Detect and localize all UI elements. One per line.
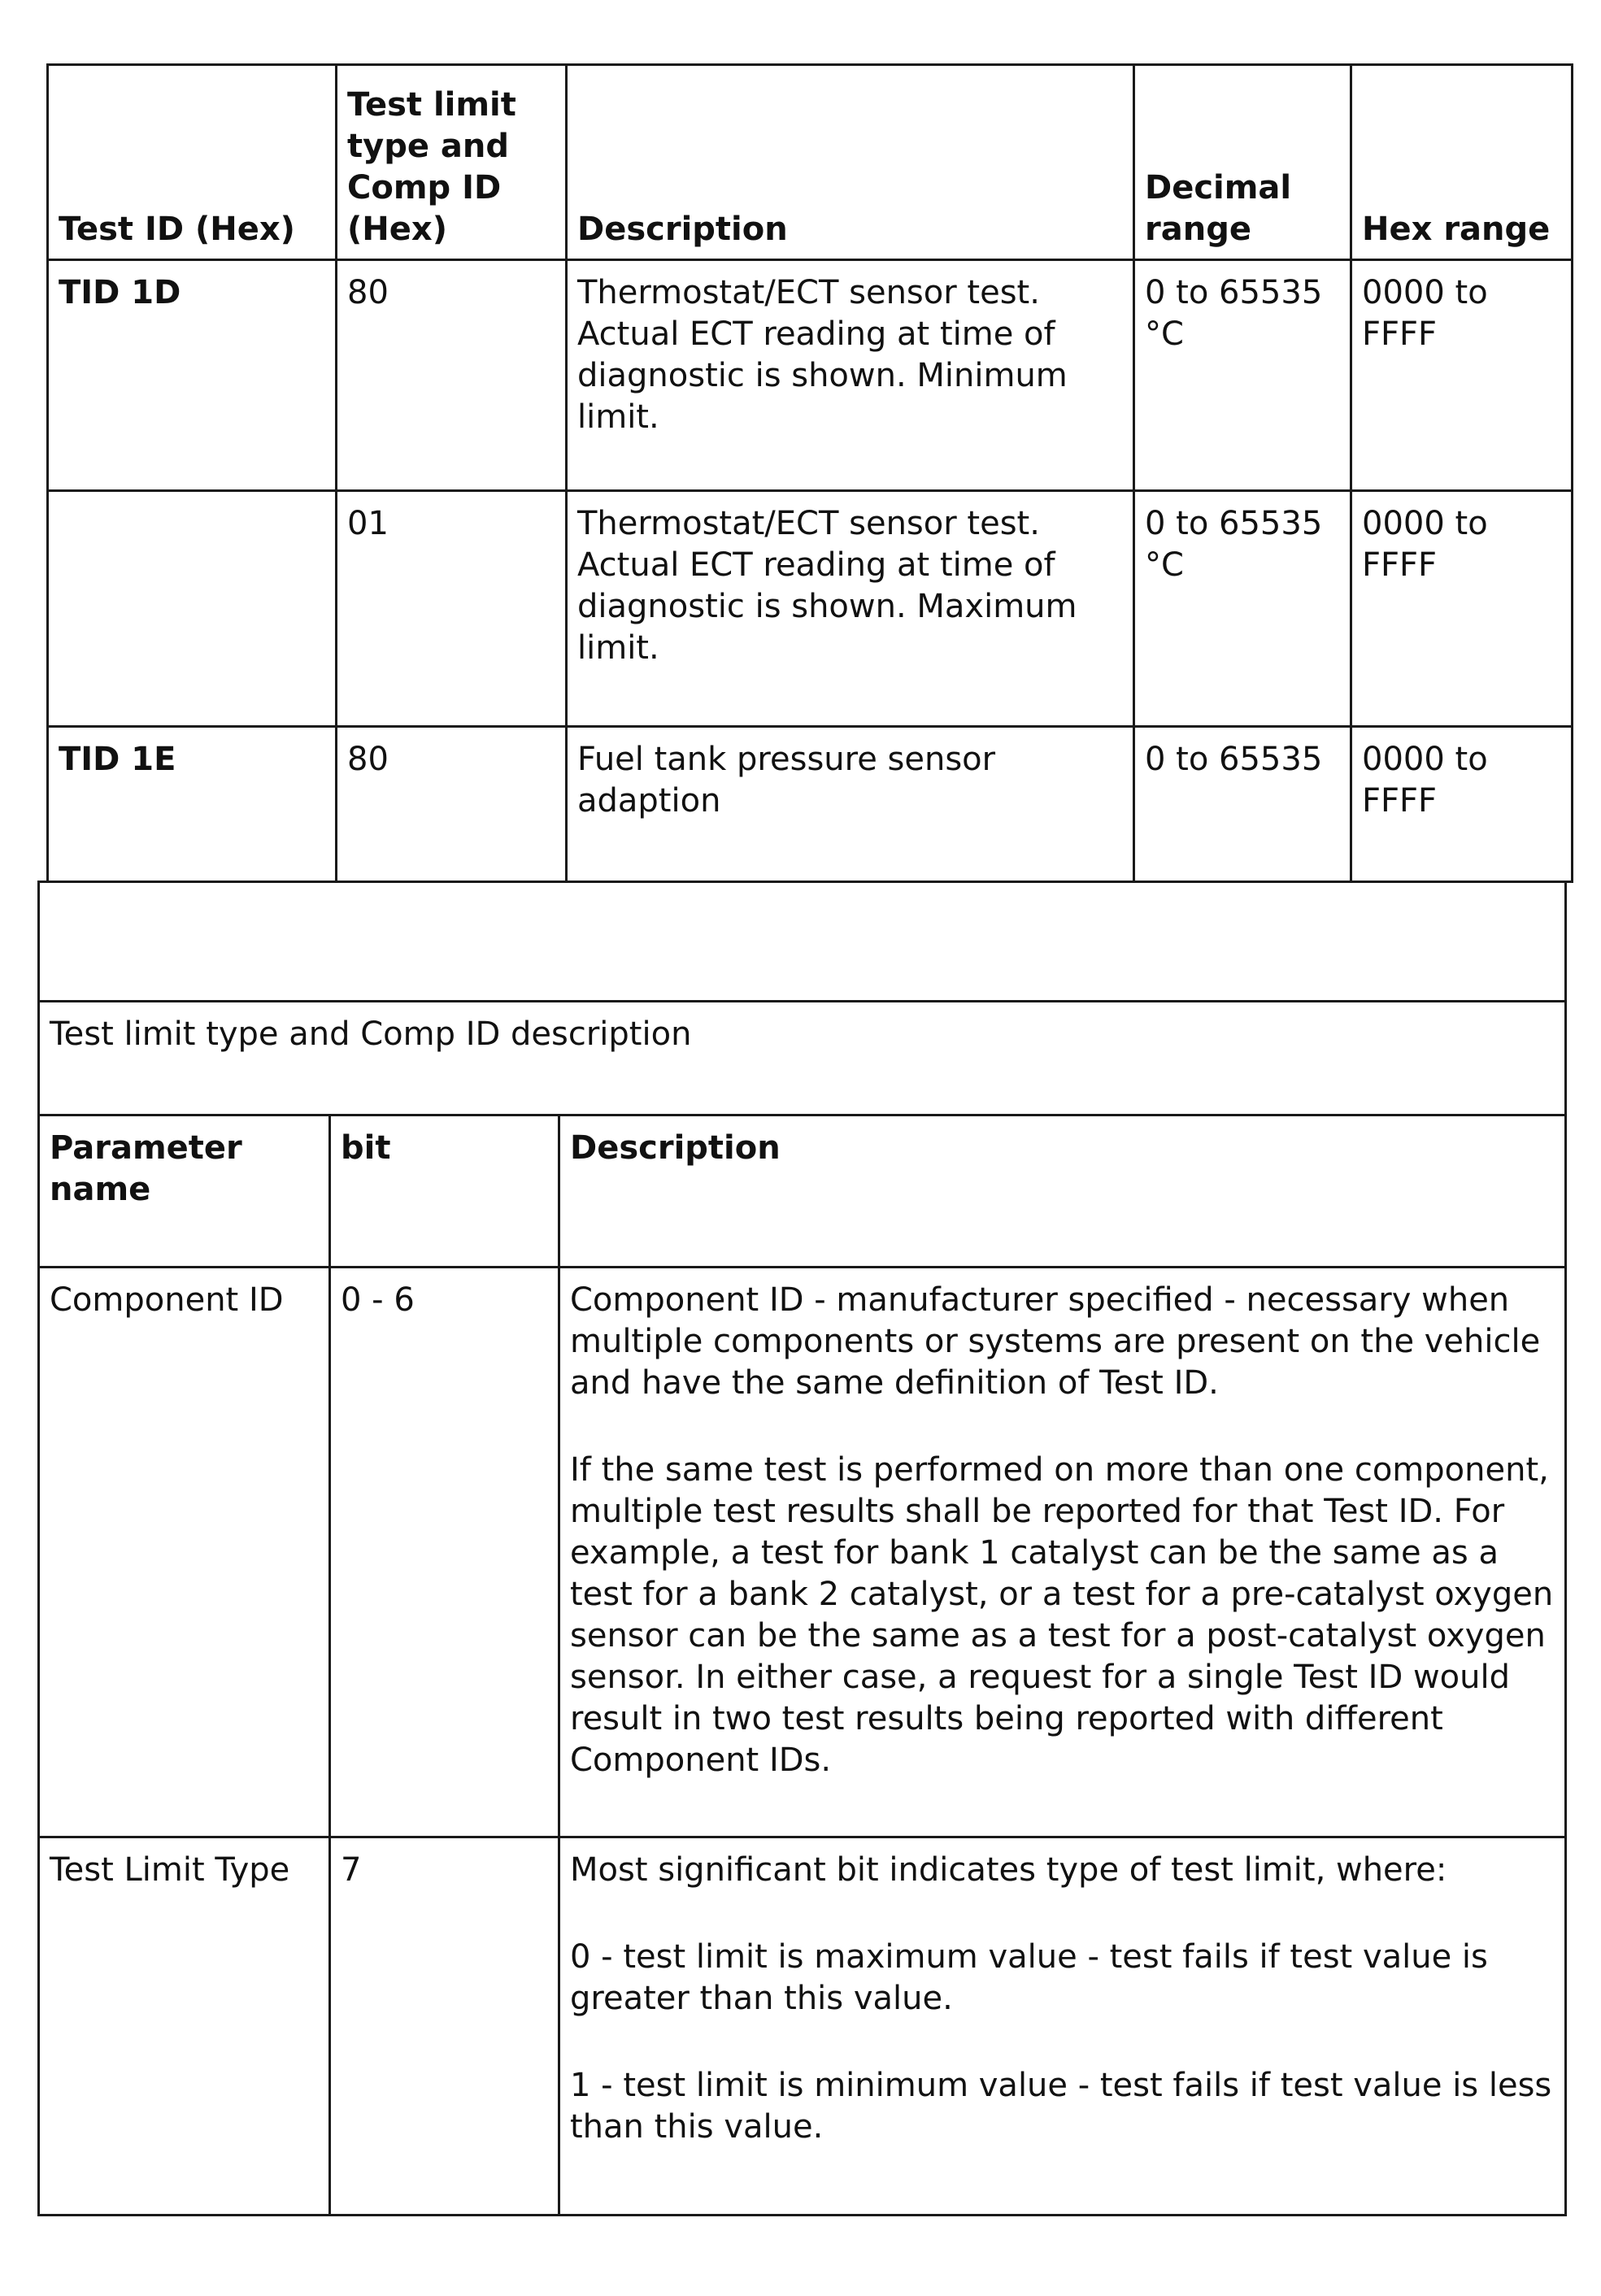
limit-comp-id-cell: 80	[337, 727, 567, 882]
description-paragraph: 0 - test limit is maximum value - test f…	[570, 1937, 1555, 2020]
description-paragraph: If the same test is performed on more th…	[570, 1450, 1555, 1781]
table-row: 01 Thermostat/ECT sensor test. Actual EC…	[48, 491, 1573, 727]
limit-comp-id-cell: 01	[337, 491, 567, 727]
empty-row	[39, 882, 1566, 1002]
test-id-table: Test ID (Hex) Test limit type and Comp I…	[46, 63, 1573, 883]
decimal-range-cell: 0 to 65535	[1134, 727, 1351, 882]
bit-cell: 0 - 6	[330, 1268, 559, 1837]
header-parameter-name: Parameter name	[39, 1115, 330, 1268]
table-row: TID 1D 80 Thermostat/ECT sensor test. Ac…	[48, 260, 1573, 491]
section-title: Test limit type and Comp ID description	[39, 1002, 1566, 1115]
header-description: Description	[559, 1115, 1566, 1268]
description-cell: Thermostat/ECT sensor test. Actual ECT r…	[567, 260, 1134, 491]
test-id-cell: TID 1D	[48, 260, 337, 491]
description-cell: Thermostat/ECT sensor test. Actual ECT r…	[567, 491, 1134, 727]
header-description: Description	[567, 65, 1134, 260]
header-limit-comp-id: Test limit type and Comp ID (Hex)	[337, 65, 567, 260]
test-id-cell	[48, 491, 337, 727]
description-paragraph: 1 - test limit is minimum value - test f…	[570, 2065, 1555, 2148]
table-row: Test Limit Type 7 Most significant bit i…	[39, 1837, 1566, 2216]
header-test-id: Test ID (Hex)	[48, 65, 337, 260]
description-cell: Fuel tank pressure sensor adaption	[567, 727, 1134, 882]
section-title-row: Test limit type and Comp ID description	[39, 1002, 1566, 1115]
test-id-cell: TID 1E	[48, 727, 337, 882]
description-paragraph: Component ID - manufacturer specified - …	[570, 1280, 1555, 1404]
table-header-row: Test ID (Hex) Test limit type and Comp I…	[48, 65, 1573, 260]
parameter-cell: Test Limit Type	[39, 1837, 330, 2216]
hex-range-cell: 0000 to FFFF	[1351, 727, 1573, 882]
decimal-range-cell: 0 to 65535 °C	[1134, 260, 1351, 491]
table-row: Component ID 0 - 6 Component ID - manufa…	[39, 1268, 1566, 1837]
decimal-range-cell: 0 to 65535 °C	[1134, 491, 1351, 727]
hex-range-cell: 0000 to FFFF	[1351, 260, 1573, 491]
table-header-row: Parameter name bit Description	[39, 1115, 1566, 1268]
description-cell: Most significant bit indicates type of t…	[559, 1837, 1566, 2216]
header-hex-range: Hex range	[1351, 65, 1573, 260]
description-paragraph: Most significant bit indicates type of t…	[570, 1850, 1555, 1891]
description-cell: Component ID - manufacturer specified - …	[559, 1268, 1566, 1837]
header-bit: bit	[330, 1115, 559, 1268]
limit-comp-id-cell: 80	[337, 260, 567, 491]
table-row: TID 1E 80 Fuel tank pressure sensor adap…	[48, 727, 1573, 882]
empty-cell	[39, 882, 1566, 1002]
comp-id-description-table: Test limit type and Comp ID description …	[37, 881, 1567, 2216]
hex-range-cell: 0000 to FFFF	[1351, 491, 1573, 727]
header-decimal-range: Decimal range	[1134, 65, 1351, 260]
parameter-cell: Component ID	[39, 1268, 330, 1837]
bit-cell: 7	[330, 1837, 559, 2216]
